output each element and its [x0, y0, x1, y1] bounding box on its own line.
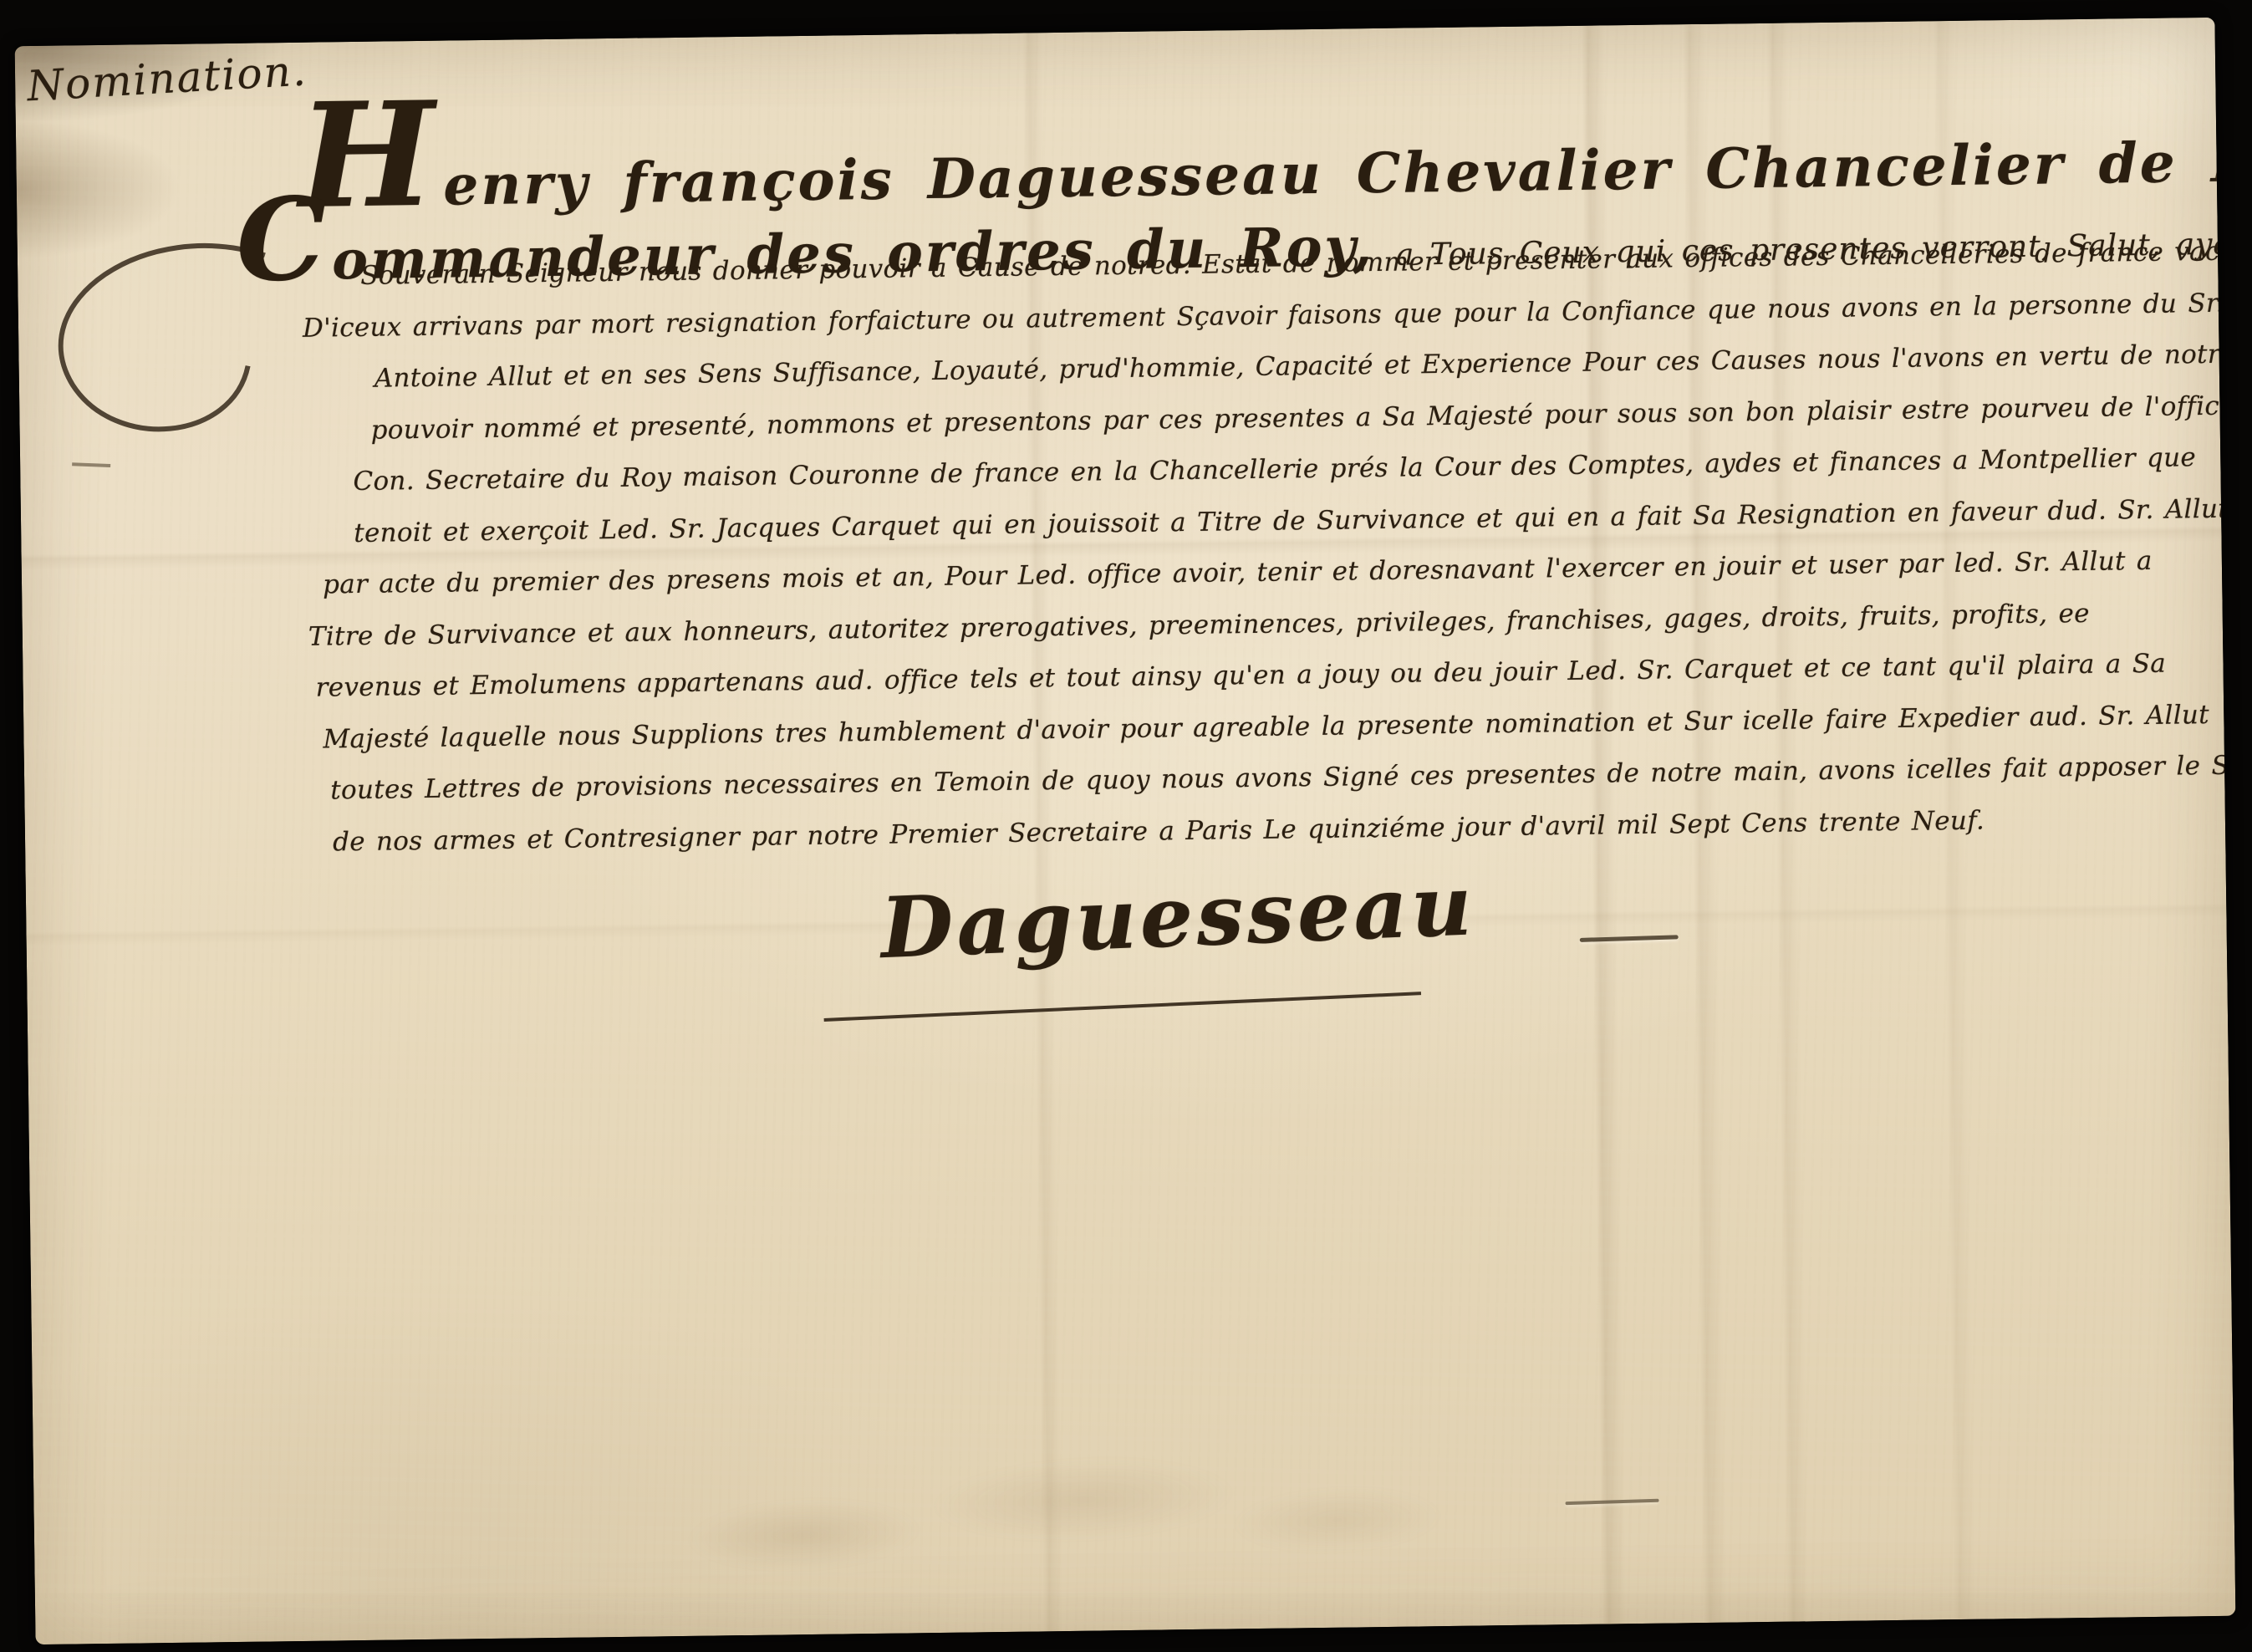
signature-daguesseau: Daguesseau [879, 855, 1477, 977]
body-line: toutes Lettres de provisions necessaires… [330, 750, 2235, 806]
body-line: revenus et Emolumens appartenans aud. of… [315, 649, 2166, 703]
ink-bleed-through [564, 1382, 1510, 1644]
body-line: Majesté laquelle nous Supplions tres hum… [323, 700, 2209, 755]
nomination-label: Nomination. [26, 46, 308, 110]
body-line: pouvoir nommé et presenté, nommons et pr… [370, 390, 2235, 446]
body-line: Titre de Survivance et aux honneurs, aut… [308, 599, 2090, 652]
body-line: Con. Secretaire du Roy maison Couronne d… [353, 442, 2196, 497]
body-line: par acte du premier des presens mois et … [323, 546, 2153, 600]
body-line: Antoine Allut et en ses Sens Suffisance,… [374, 339, 2236, 394]
body-line: D'iceux arrivans par mort resignation fo… [303, 288, 2224, 344]
margin-mark [72, 462, 110, 467]
heading-initial-c: C [236, 182, 328, 297]
body-line: tenoit et exerçoit Led. Sr. Jacques Carq… [354, 494, 2229, 548]
body-line: de nos armes et Contresigner par notre P… [333, 806, 1985, 858]
parchment-slit [1566, 1499, 1659, 1505]
parchment-document: Nomination. H enry françois Daguesseau C… [15, 18, 2236, 1644]
photo-background: Nomination. H enry françois Daguesseau C… [0, 0, 2252, 1652]
parchment-slit [1580, 935, 1679, 942]
